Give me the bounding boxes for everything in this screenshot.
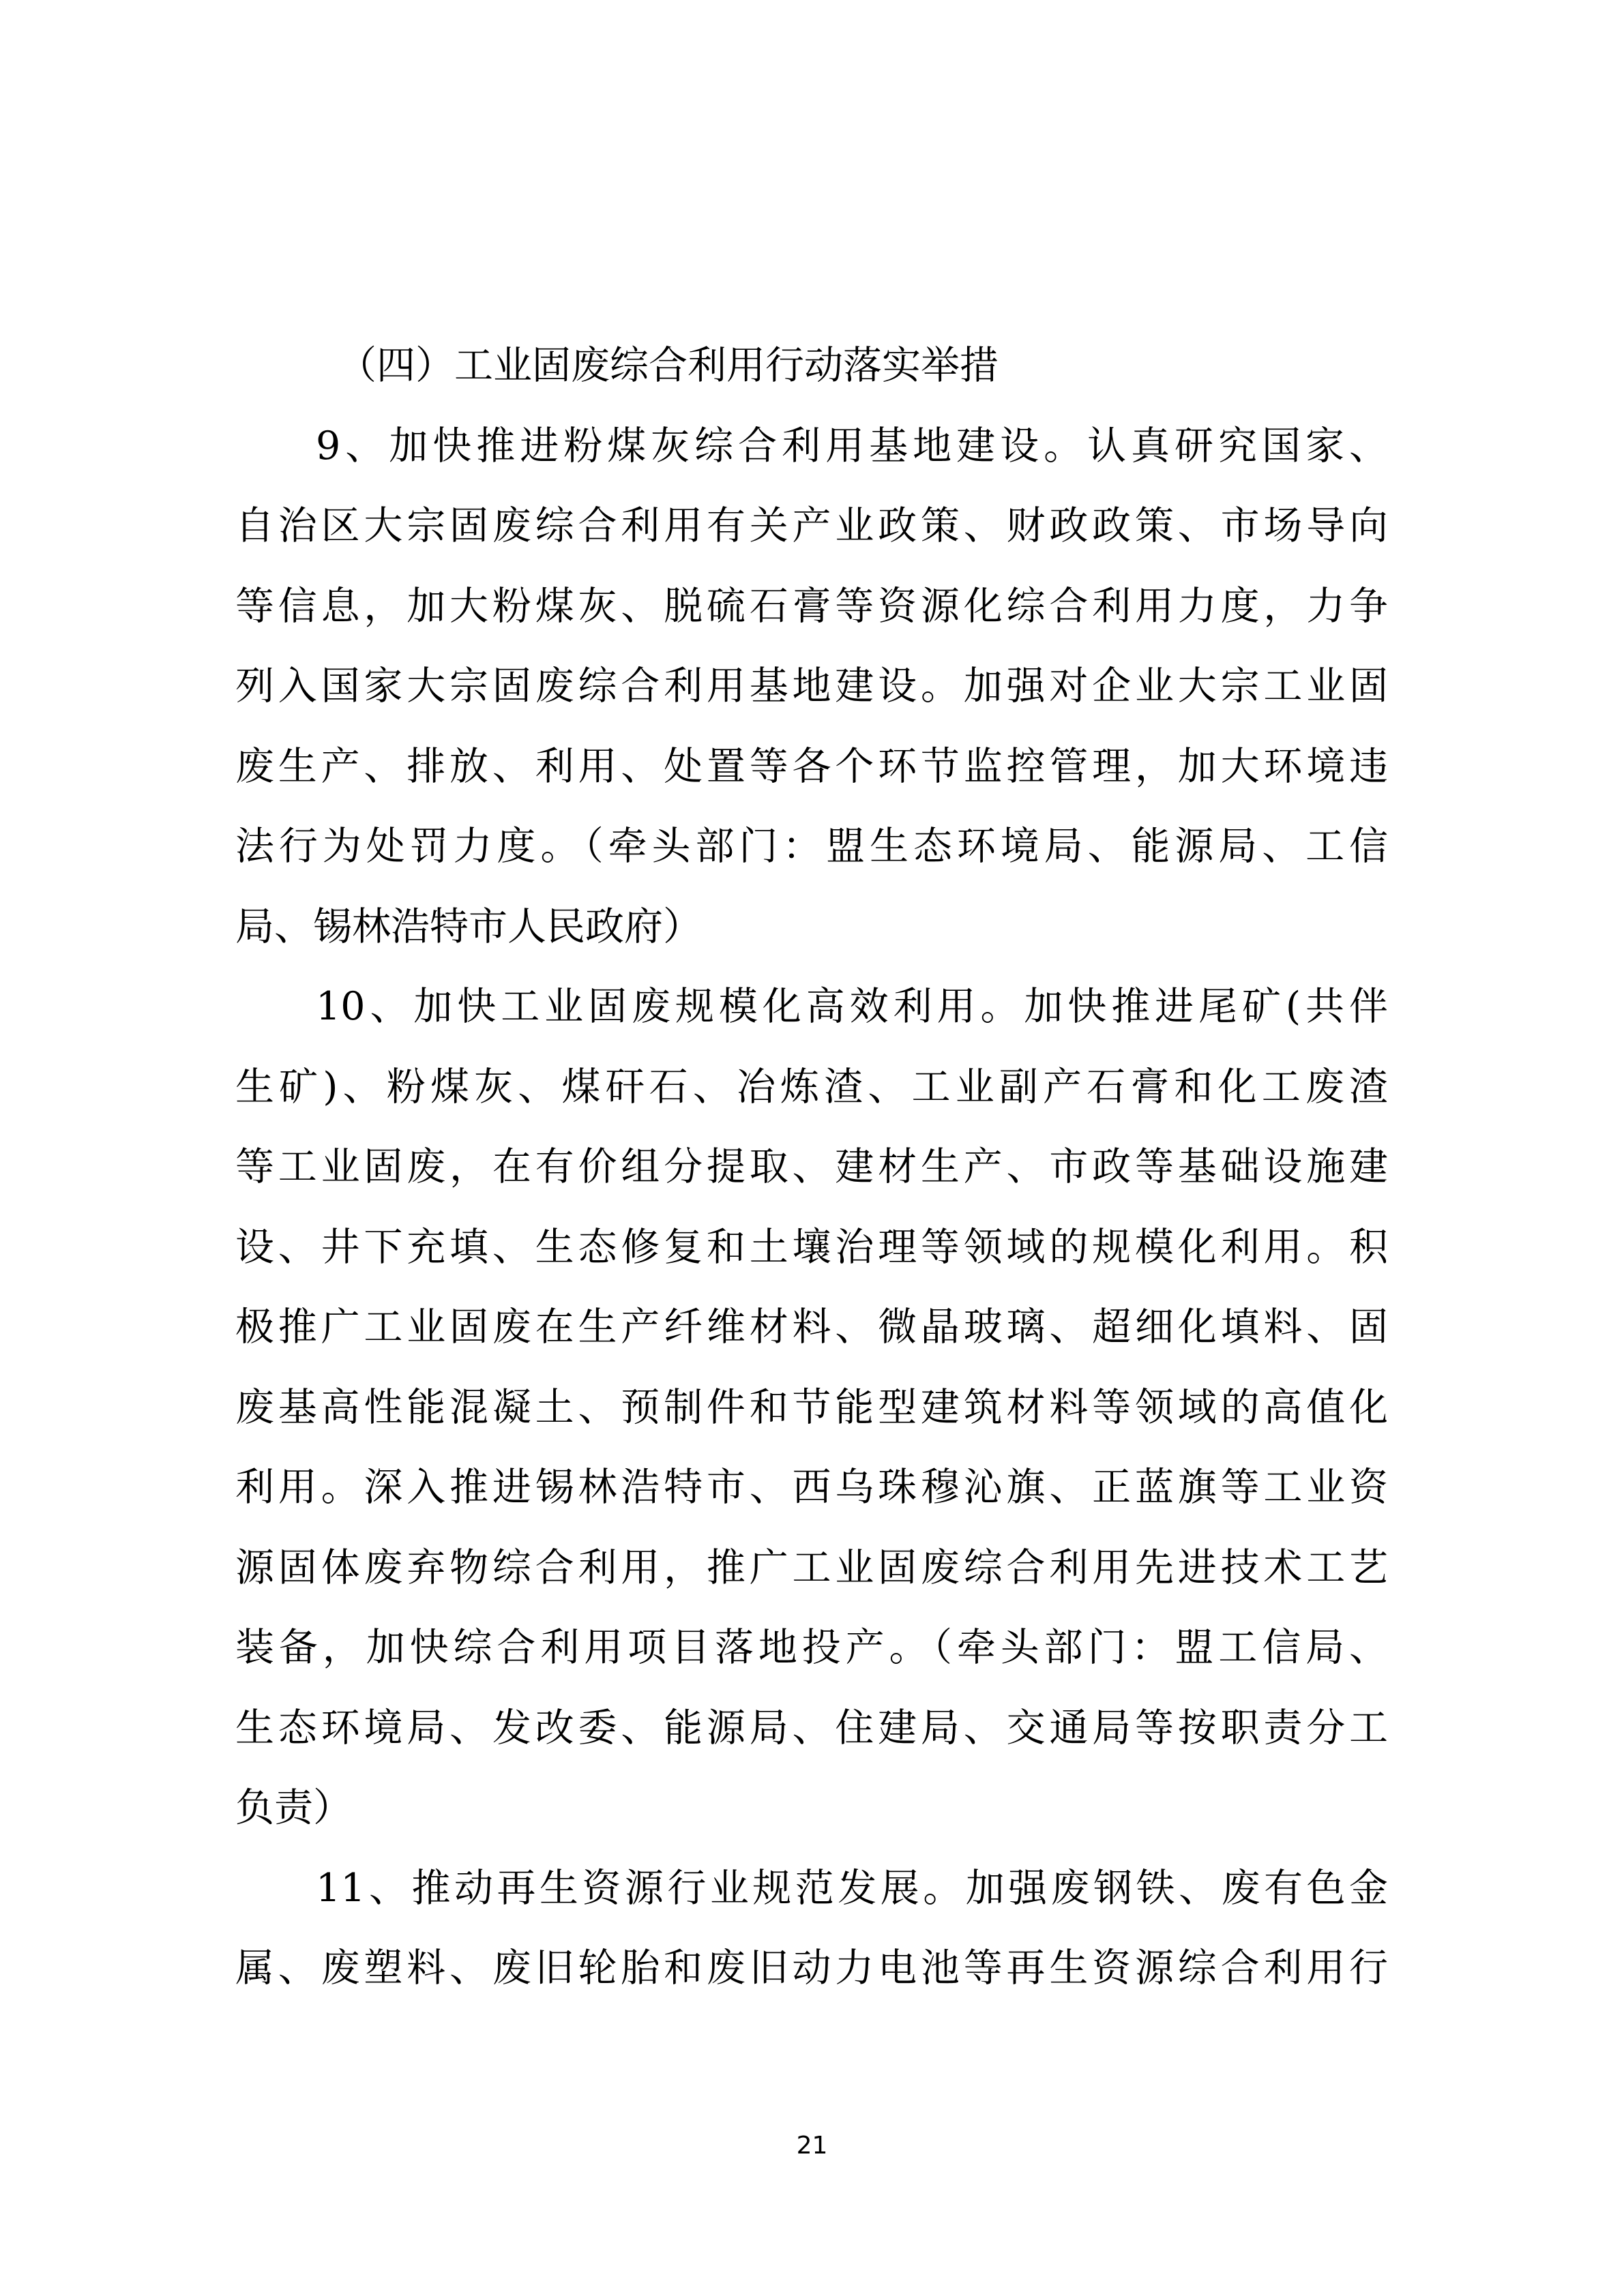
paragraph-item-10-line-9: 装备，加快综合利用项目落地投产。（牵头部门：盟工信局、 [235, 1608, 1388, 1688]
paragraph-item-9-line-5: 废生产、排放、利用、处置等各个环节监控管理，加大环境违 [235, 727, 1388, 807]
paragraph-item-10-line-8: 源固体废弃物综合利用，推广工业固废综合利用先进技术工艺 [235, 1528, 1388, 1609]
paragraph-item-9-line-7: 局、锡林浩特市人民政府） [235, 887, 1388, 968]
paragraph-item-11-line-1: 11、推动再生资源行业规范发展。加强废钢铁、废有色金 [235, 1849, 1388, 1929]
paragraph-item-9-line-6: 法行为处罚力度。（牵头部门：盟生态环境局、能源局、工信 [235, 807, 1388, 887]
paragraph-item-9-line-3: 等信息，加大粉煤灰、脱硫石膏等资源化综合利用力度，力争 [235, 567, 1388, 647]
paragraph-item-9-line-1: 9、加快推进粉煤灰综合利用基地建设。认真研究国家、 [235, 406, 1388, 487]
document-body: （四）工业固废综合利用行动落实举措 9、加快推进粉煤灰综合利用基地建设。认真研究… [235, 326, 1388, 2009]
paragraph-item-11-line-2: 属、废塑料、废旧轮胎和废旧动力电池等再生资源综合利用行 [235, 1928, 1388, 2009]
paragraph-item-9-line-2: 自治区大宗固废综合利用有关产业政策、财政政策、市场导向 [235, 486, 1388, 567]
paragraph-item-10-line-4: 设、井下充填、生态修复和土壤治理等领域的规模化利用。积 [235, 1208, 1388, 1288]
document-page: （四）工业固废综合利用行动落实举措 9、加快推进粉煤灰综合利用基地建设。认真研究… [0, 0, 1624, 2296]
paragraph-item-10-line-6: 废基高性能混凝土、预制件和节能型建筑材料等领域的高值化 [235, 1368, 1388, 1448]
paragraph-item-10-line-5: 极推广工业固废在生产纤维材料、微晶玻璃、超细化填料、固 [235, 1287, 1388, 1368]
page-number: 21 [0, 2129, 1624, 2163]
paragraph-item-9-line-4: 列入国家大宗固废综合利用基地建设。加强对企业大宗工业固 [235, 646, 1388, 727]
paragraph-item-10-line-2: 生矿)、粉煤灰、煤矸石、冶炼渣、工业副产石膏和化工废渣 [235, 1047, 1388, 1128]
paragraph-item-10-line-3: 等工业固废，在有价组分提取、建材生产、市政等基础设施建 [235, 1127, 1388, 1208]
paragraph-item-10-line-7: 利用。深入推进锡林浩特市、西乌珠穆沁旗、正蓝旗等工业资 [235, 1448, 1388, 1528]
paragraph-item-10-line-1: 10、加快工业固废规模化高效利用。加快推进尾矿(共伴 [235, 967, 1388, 1047]
paragraph-item-10-line-11: 负责） [235, 1768, 1388, 1849]
section-heading: （四）工业固废综合利用行动落实举措 [235, 326, 1388, 406]
paragraph-item-10-line-10: 生态环境局、发改委、能源局、住建局、交通局等按职责分工 [235, 1688, 1388, 1769]
